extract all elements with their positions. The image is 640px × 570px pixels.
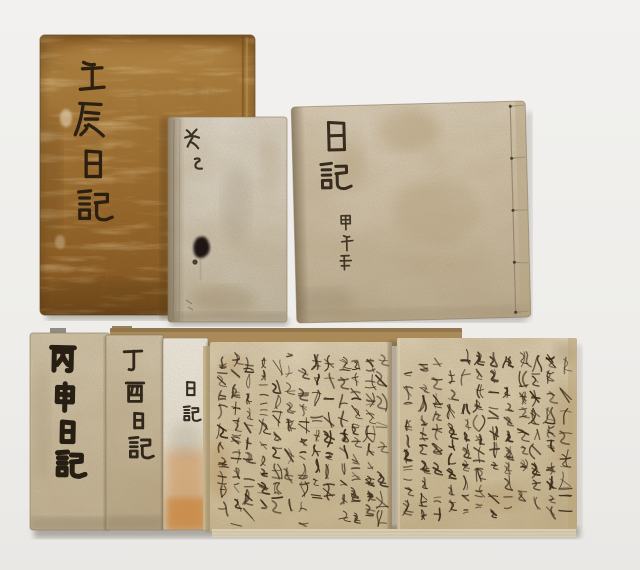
gutter-shadow bbox=[388, 341, 398, 532]
cover-jeongyu-diary bbox=[106, 335, 163, 530]
left-page bbox=[207, 342, 392, 532]
cover-small-ilgi bbox=[163, 338, 208, 530]
diaries-photo bbox=[0, 0, 640, 570]
cover-byeongsin-diary bbox=[30, 333, 110, 530]
book-gyesa bbox=[168, 117, 287, 322]
open-diary-spread bbox=[207, 338, 578, 537]
page-block-bottom-edge bbox=[212, 529, 576, 537]
book-gabo-diary bbox=[289, 101, 531, 323]
photo-scene: 壬辰日記 癸巳 日記 甲午年 丙申日記 丁酉日記 日記 Open diary s… bbox=[0, 0, 640, 570]
right-page bbox=[397, 338, 578, 530]
